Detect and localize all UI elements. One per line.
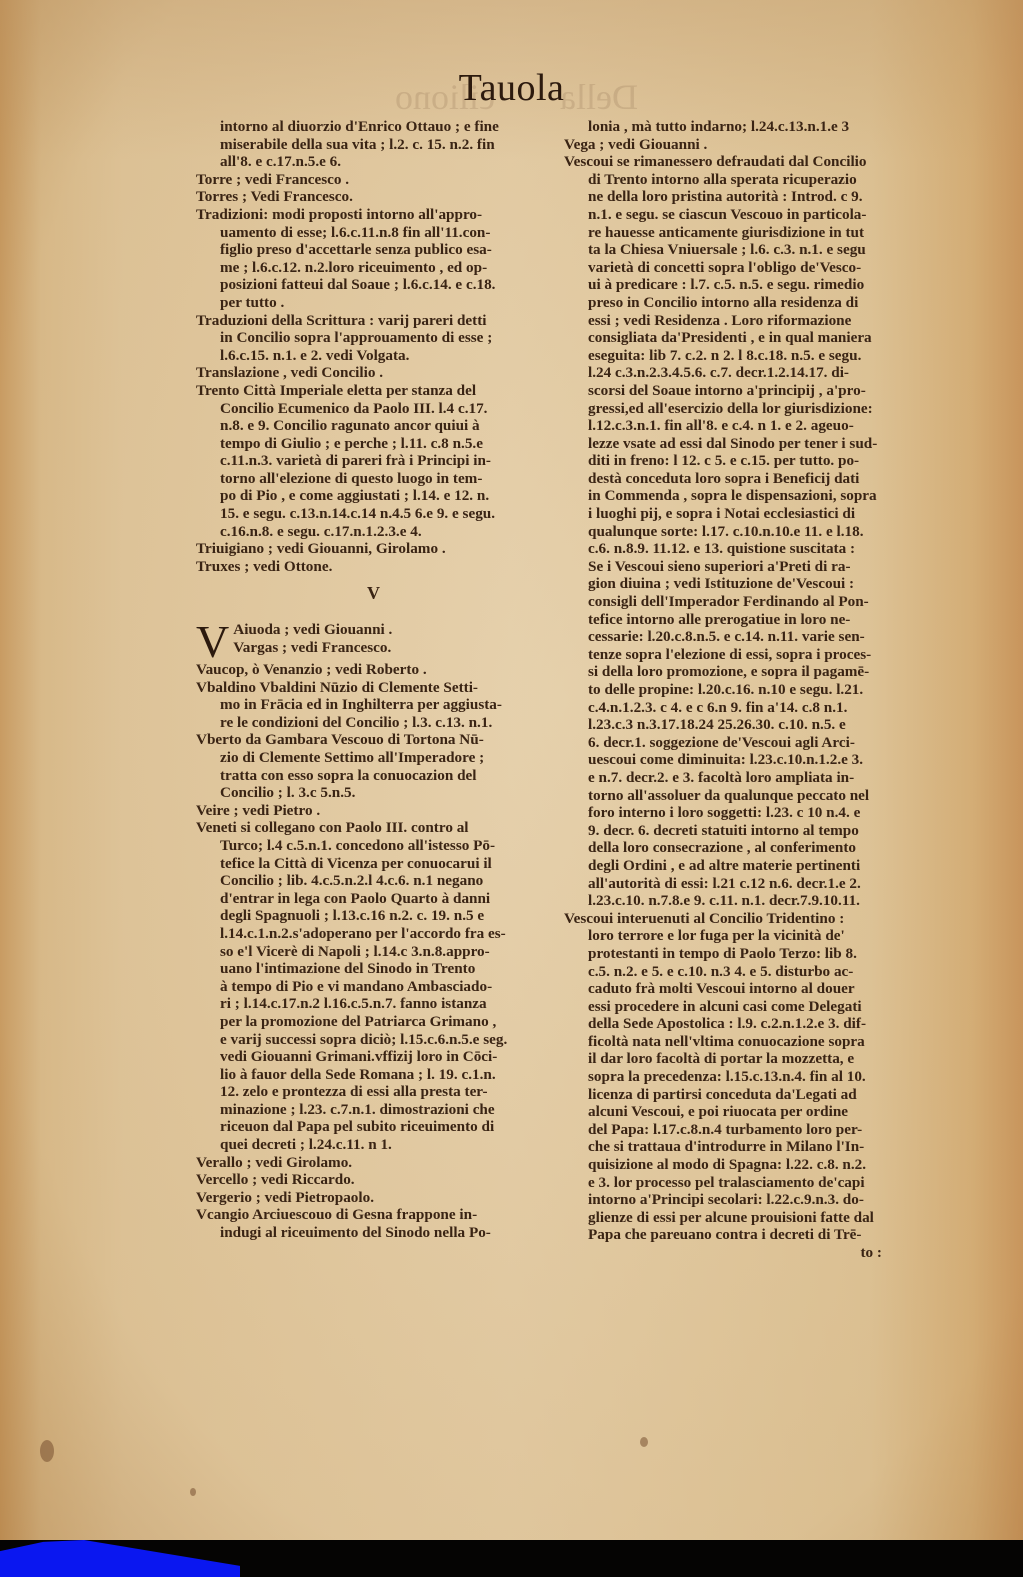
index-entry-line: consigliata da'Presidenti , e in qual ma… bbox=[564, 329, 912, 347]
index-entry-line: e n.7. decr.2. e 3. facoltà loro ampliat… bbox=[564, 769, 912, 787]
index-entry-line: 15. e segu. c.13.n.14.c.14 n.4.5 6.e 9. … bbox=[196, 505, 551, 523]
index-entry-line: Aiuoda ; vedi Giouanni . bbox=[196, 621, 551, 639]
index-entry-line: Vberto da Gambara Vescouo di Tortona Nū- bbox=[196, 731, 551, 749]
index-entry-line: ri ; l.14.c.17.n.2 l.16.c.5.n.7. fanno i… bbox=[196, 995, 551, 1013]
index-entry-line: Vbaldino Vbaldini Nūzio di Clemente Sett… bbox=[196, 679, 551, 697]
index-entry-line: Vercello ; vedi Riccardo. bbox=[196, 1171, 551, 1189]
index-entry-line: Turco; l.4 c.5.n.1. concedono all'istess… bbox=[196, 837, 551, 855]
paper-stain bbox=[640, 1437, 648, 1447]
index-entry-line: torno all'assoluer da qualunque peccato … bbox=[564, 787, 912, 805]
index-entry-line: Truxes ; vedi Ottone. bbox=[196, 558, 551, 576]
index-entry-line: l.6.c.15. n.1. e 2. vedi Volgata. bbox=[196, 347, 551, 365]
index-entry-line: che si trattaua d'introdurre in Milano l… bbox=[564, 1138, 912, 1156]
section-letter: V bbox=[196, 585, 551, 603]
index-entry-line: l.14.c.1.n.2.s'adoperano per l'accordo f… bbox=[196, 925, 551, 943]
index-entry-line: essi procedere in alcuni casi come Deleg… bbox=[564, 998, 912, 1016]
index-entry-line: tempo di Giulio ; e perche ; l.11. c.8 n… bbox=[196, 435, 551, 453]
index-entry-line: preso in Concilio intorno alla residenza… bbox=[564, 294, 912, 312]
index-entry-line: ne della loro pristina autorità : Introd… bbox=[564, 188, 912, 206]
index-entry-line: essi ; vedi Residenza . Loro riformazion… bbox=[564, 312, 912, 330]
index-entry-line: so e'l Vicerè di Napoli ; l.14.c 3.n.8.a… bbox=[196, 943, 551, 961]
index-entry-line: me ; l.6.c.12. n.2.loro riceuimento , ed… bbox=[196, 259, 551, 277]
index-entry-line: glienze di essi per alcune prouisioni fa… bbox=[564, 1209, 912, 1227]
page-title: Tauola bbox=[0, 66, 1023, 110]
index-entry-line: minazione ; l.23. c.7.n.1. dimostrazioni… bbox=[196, 1101, 551, 1119]
index-entry-line: Triuigiano ; vedi Giouanni, Girolamo . bbox=[196, 540, 551, 558]
index-entry-line: Concilio Ecumenico da Paolo III. l.4 c.1… bbox=[196, 400, 551, 418]
index-entry-line: Vescoui interuenuti al Concilio Tridenti… bbox=[564, 910, 912, 928]
index-entry-line: in Commenda , sopra le dispensazioni, so… bbox=[564, 487, 912, 505]
index-entry-line: 12. zelo e prontezza di essi alla presta… bbox=[196, 1083, 551, 1101]
index-entry-line: n.8. e 9. Concilio ragunato ancor quiui … bbox=[196, 417, 551, 435]
index-entry-line: ta la Chiesa Vniuersale ; l.6. c.3. n.1.… bbox=[564, 241, 912, 259]
index-entry-line: quei decreti ; l.24.c.11. n 1. bbox=[196, 1136, 551, 1154]
index-entry-line: l.23.c.3 n.3.17.18.24 25.26.30. c.10. n.… bbox=[564, 716, 912, 734]
index-entry-line: Vargas ; vedi Francesco. bbox=[196, 639, 551, 657]
index-entry-line: Verallo ; vedi Girolamo. bbox=[196, 1154, 551, 1172]
index-entry-line: Vescoui se rimanessero defraudati dal Co… bbox=[564, 153, 912, 171]
index-entry-line: posizioni fatteui dal Soaue ; l.6.c.14. … bbox=[196, 276, 551, 294]
index-entry-line: c.4.n.1.2.3. c 4. e c 6.n 9. fin a'14. c… bbox=[564, 699, 912, 717]
index-entry-line: Concilio ; l. 3.c 5.n.5. bbox=[196, 784, 551, 802]
index-entry-line: consigli dell'Imperador Ferdinando al Po… bbox=[564, 593, 912, 611]
index-entry-line: c.11.n.3. varietà di pareri frà i Princi… bbox=[196, 452, 551, 470]
index-entry-line: tefice la Città di Vicenza per conuocaru… bbox=[196, 855, 551, 873]
index-entry-line: all'8. e c.17.n.5.e 6. bbox=[196, 153, 551, 171]
dropcap: V bbox=[196, 623, 229, 661]
index-entry-line: alcuni Vescoui, e poi riuocata per ordin… bbox=[564, 1103, 912, 1121]
index-entry-line: degli Ordini , e ad altre materie pertin… bbox=[564, 857, 912, 875]
index-entry-line: per la promozione del Patriarca Grimano … bbox=[196, 1013, 551, 1031]
index-entry-line: gion diuina ; vedi Istituzione de'Vescou… bbox=[564, 575, 912, 593]
index-entry-line: intorno a'Principi secolari: l.22.c.9.n.… bbox=[564, 1191, 912, 1209]
index-entry-line: c.5. n.2. e 5. e c.10. n.3 4. e 5. distu… bbox=[564, 963, 912, 981]
index-entry-line: intorno al diuorzio d'Enrico Ottauo ; e … bbox=[196, 118, 551, 136]
index-entry-line: lonia , mà tutto indarno; l.24.c.13.n.1.… bbox=[564, 118, 912, 136]
index-entry-line: il dar loro facoltà di portar la mozzett… bbox=[564, 1050, 912, 1068]
index-entry-line: Vcangio Arciuescouo di Gesna frappone in… bbox=[196, 1206, 551, 1224]
index-entry-line: uano l'intimazione del Sinodo in Trento bbox=[196, 960, 551, 978]
index-entry-line: mo in Frācia ed in Inghilterra per aggiu… bbox=[196, 696, 551, 714]
index-column-left: intorno al diuorzio d'Enrico Ottauo ; e … bbox=[196, 118, 551, 1242]
index-entry-line: re hauesse anticamente giurisdizione in … bbox=[564, 224, 912, 242]
index-entry-line: sopra la precedenza: l.15.c.13.n.4. fin … bbox=[564, 1068, 912, 1086]
index-entry-line: protestanti in tempo di Paolo Terzo: lib… bbox=[564, 945, 912, 963]
index-entry-line: caduto frà molti Vescoui intorno al doue… bbox=[564, 980, 912, 998]
index-entry-line: degli Spagnuoli ; l.13.c.16 n.2. c. 19. … bbox=[196, 907, 551, 925]
index-entry-line: licenza di partirsi conceduta da'Legati … bbox=[564, 1086, 912, 1104]
index-entry-line: lio à fauor della Sede Romana ; l. 19. c… bbox=[196, 1066, 551, 1084]
index-entry-line: Trento Città Imperiale eletta per stanza… bbox=[196, 382, 551, 400]
index-entry-line: n.1. e segu. se ciascun Vescouo in parti… bbox=[564, 206, 912, 224]
index-entry-line: 6. decr.1. soggezione de'Vescoui agli Ar… bbox=[564, 734, 912, 752]
index-entry-line: c.6. n.8.9. 11.12. e 13. quistione susci… bbox=[564, 540, 912, 558]
index-entry-line: Torre ; vedi Francesco . bbox=[196, 171, 551, 189]
index-entry-line: d'entrar in lega con Paolo Quarto à dann… bbox=[196, 890, 551, 908]
index-entry-line: destà conceduta loro sopra i Beneficij d… bbox=[564, 470, 912, 488]
index-entry-line: Traduzioni della Scrittura : varij parer… bbox=[196, 312, 551, 330]
index-entry-line: torno all'elezione di questo luogo in te… bbox=[196, 470, 551, 488]
index-entry-line: Se i Vescoui sieno superiori a'Preti di … bbox=[564, 558, 912, 576]
index-entry-line: to delle propine: l.20.c.16. n.10 e segu… bbox=[564, 681, 912, 699]
index-entry-line: quisizione al modo di Spagna: l.22. c.8.… bbox=[564, 1156, 912, 1174]
index-entry-line: eseguita: lib 7. c.2. n 2. l 8.c.18. n.5… bbox=[564, 347, 912, 365]
index-entry-line: si della loro promozione, e sopra il pag… bbox=[564, 663, 912, 681]
index-entry-line: Papa che pareuano contra i decreti di Tr… bbox=[564, 1226, 912, 1244]
index-entry-line: loro terrore e lor fuga per la vicinità … bbox=[564, 927, 912, 945]
index-entry-line: Vergerio ; vedi Pietropaolo. bbox=[196, 1189, 551, 1207]
index-entry-line: tratta con esso sopra la conuocazion del bbox=[196, 767, 551, 785]
index-column-right: lonia , mà tutto indarno; l.24.c.13.n.1.… bbox=[564, 118, 912, 1262]
index-entry-line: riceuon dal Papa pel subito riceuimento … bbox=[196, 1118, 551, 1136]
index-entry-line: 9. decr. 6. decreti statuiti intorno al … bbox=[564, 822, 912, 840]
index-entry-line: lezze vsate ad essi dal Sinodo per tener… bbox=[564, 435, 912, 453]
index-entry-line: Veire ; vedi Pietro . bbox=[196, 802, 551, 820]
index-entry-line: della Sede Apostolica : l.9. c.2.n.1.2.e… bbox=[564, 1015, 912, 1033]
index-entry-line: c.16.n.8. e segu. c.17.n.1.2.3.e 4. bbox=[196, 523, 551, 541]
index-entry-line: zio di Clemente Settimo all'Imperadore ; bbox=[196, 749, 551, 767]
index-entry-line: ui à predicare : l.7. c.5. n.5. e segu. … bbox=[564, 276, 912, 294]
index-entry-line: l.12.c.3.n.1. fin all'8. e c.4. n 1. e 2… bbox=[564, 417, 912, 435]
index-entry-line: ficoltà nata nell'vltima conuocazione so… bbox=[564, 1033, 912, 1051]
index-entry-line: uescoui come diminuita: l.23.c.10.n.1.2.… bbox=[564, 751, 912, 769]
index-entry-line: Veneti si collegano con Paolo III. contr… bbox=[196, 819, 551, 837]
index-entry-line: l.24 c.3.n.2.3.4.5.6. c.7. decr.1.2.14.1… bbox=[564, 364, 912, 382]
index-entry-line: del Papa: l.17.c.8.n.4 turbamento loro p… bbox=[564, 1121, 912, 1139]
index-entry-line: à tempo di Pio e vi mandano Ambasciado- bbox=[196, 978, 551, 996]
index-entry-line: l.23.c.10. n.7.8.e 9. c.11. n.1. decr.7.… bbox=[564, 892, 912, 910]
index-entry-line: vedi Giouanni Grimani.vffizij loro in Cō… bbox=[196, 1048, 551, 1066]
index-entry-line: re le condizioni del Concilio ; l.3. c.1… bbox=[196, 714, 551, 732]
index-entry-line: po di Pio , e come aggiustati ; l.14. e … bbox=[196, 487, 551, 505]
paper-stain bbox=[40, 1440, 54, 1462]
index-entry-line: Translazione , vedi Concilio . bbox=[196, 364, 551, 382]
index-entry-line: Concilio ; lib. 4.c.5.n.2.l 4.c.6. n.1 n… bbox=[196, 872, 551, 890]
scanned-page: ciliono Della Tauola intorno al diuorzio… bbox=[0, 0, 1023, 1556]
index-entry-line: tefice intorno alle prerogatiue in loro … bbox=[564, 611, 912, 629]
index-entry-line: Vaucop, ò Venanzio ; vedi Roberto . bbox=[196, 661, 551, 679]
index-entry-line: uamento di esse; l.6.c.11.n.8 fin all'11… bbox=[196, 224, 551, 242]
index-entry-line: in Concilio sopra l'approuamento di esse… bbox=[196, 329, 551, 347]
index-entry-line: Tradizioni: modi proposti intorno all'ap… bbox=[196, 206, 551, 224]
index-entry-line: di Trento intorno alla sperata ricuperaz… bbox=[564, 171, 912, 189]
index-entry-line: scorsi del Soaue intorno a'principij , a… bbox=[564, 382, 912, 400]
index-entry-line: all'autorità di essi: l.21 c.12 n.6. dec… bbox=[564, 875, 912, 893]
index-entry-line: foro interno i loro soggetti: l.23. c 10… bbox=[564, 804, 912, 822]
index-entry-line: e 3. lor processo pel tralasciamento de'… bbox=[564, 1174, 912, 1192]
index-entry-line: indugi al riceuimento del Sinodo nella P… bbox=[196, 1224, 551, 1242]
index-entry-line: Vega ; vedi Giouanni . bbox=[564, 136, 912, 154]
index-entry-line: gressi,ed all'esercizio della lor giuris… bbox=[564, 400, 912, 418]
paper-stain bbox=[190, 1488, 196, 1496]
index-entry-line: figlio preso d'accettarle senza publico … bbox=[196, 241, 551, 259]
index-entry-line: Torres ; Vedi Francesco. bbox=[196, 188, 551, 206]
index-entry-line: varietà di concetti sopra l'obligo de'Ve… bbox=[564, 259, 912, 277]
index-entry-line: per tutto . bbox=[196, 294, 551, 312]
index-entry-line: tenze sopra l'elezione di essi, sopra i … bbox=[564, 646, 912, 664]
index-entry-line: e varij successi sopra diciò; l.15.c.6.n… bbox=[196, 1031, 551, 1049]
index-entry-line: cessarie: l.20.c.8.n.5. e c.14. n.11. va… bbox=[564, 628, 912, 646]
index-entry-line: miserabile della sua vita ; l.2. c. 15. … bbox=[196, 136, 551, 154]
index-entry-line: diti in freno: l 12. c 5. e c.15. per tu… bbox=[564, 452, 912, 470]
index-entry-line: della loro consecrazione , al conferimen… bbox=[564, 839, 912, 857]
index-entry-line: qualunque sorte: l.17. c.10.n.10.e 11. e… bbox=[564, 523, 912, 541]
index-entry-line: i luoghi pij, e sopra i Notai ecclesiast… bbox=[564, 505, 912, 523]
index-entry-line: to : bbox=[564, 1244, 912, 1262]
